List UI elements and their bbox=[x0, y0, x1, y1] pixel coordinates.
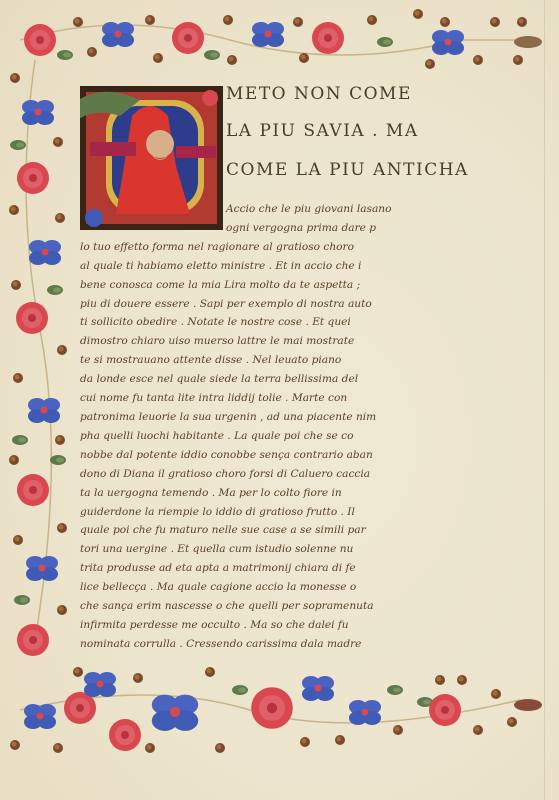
heading-line-1: METO NON COME bbox=[226, 84, 426, 104]
text-line: tori una uergine . Et quella cum istudio… bbox=[80, 540, 425, 559]
text-line: Accio che le piu giovani lasano bbox=[80, 200, 425, 219]
text-line: quale poi che fu maturo nelle sue case a… bbox=[80, 521, 425, 540]
manuscript-page: METO NON COME LA PIU SAVIA . MA COME LA … bbox=[0, 0, 559, 800]
text-line: al quale ti habiamo eletto ministre . Et… bbox=[80, 257, 425, 276]
text-line: dimostro chiaro uiso muerso lattre le ma… bbox=[80, 332, 425, 351]
text-line: nobbe dal potente iddio conobbe sença co… bbox=[80, 446, 425, 465]
manuscript-body-text: Accio che le piu giovani lasano ogni ver… bbox=[80, 200, 425, 654]
heading-line-3: COME LA PIU ANTICHA bbox=[226, 160, 426, 180]
text-line: cui nome fu tanta lite intra liddij toli… bbox=[80, 389, 425, 408]
text-line: te si mostrauano attente disse . Nel leu… bbox=[80, 351, 425, 370]
text-line: ta la uergogna temendo . Ma per lo colto… bbox=[80, 484, 425, 503]
text-line: ti sollicito obedire . Notate le nostre … bbox=[80, 313, 425, 332]
text-line: trita produsse ad eta apta a matrimonij … bbox=[80, 559, 425, 578]
text-line: pha quelli luochi habitante . La quale p… bbox=[80, 427, 425, 446]
text-line: bene conosca come la mia Lira molto da t… bbox=[80, 276, 425, 295]
text-line: che sança erim nascesse o che quelli per… bbox=[80, 597, 425, 616]
text-line: guiderdone la riempie lo iddio di gratio… bbox=[80, 503, 425, 522]
text-line: dono di Diana il gratioso choro forsi di… bbox=[80, 465, 425, 484]
text-line: nominata corrulla . Cressendo carissima … bbox=[80, 635, 425, 654]
text-line: patronima leuorie la sua urgenin , ad un… bbox=[80, 408, 425, 427]
text-line: lo tuo effetto forma nel ragionare al gr… bbox=[80, 238, 425, 257]
text-line: infirmita perdesse me occulto . Ma so ch… bbox=[80, 616, 425, 635]
text-line: da londe esce nel quale siede la terra b… bbox=[80, 370, 425, 389]
text-line: ogni vergogna prima dare p bbox=[80, 219, 425, 238]
text-line: piu di douere essere . Sapi per exemplo … bbox=[80, 295, 425, 314]
heading-line-2: LA PIU SAVIA . MA bbox=[226, 121, 426, 141]
text-line: lice bellecça . Ma quale cagione accio l… bbox=[80, 578, 425, 597]
